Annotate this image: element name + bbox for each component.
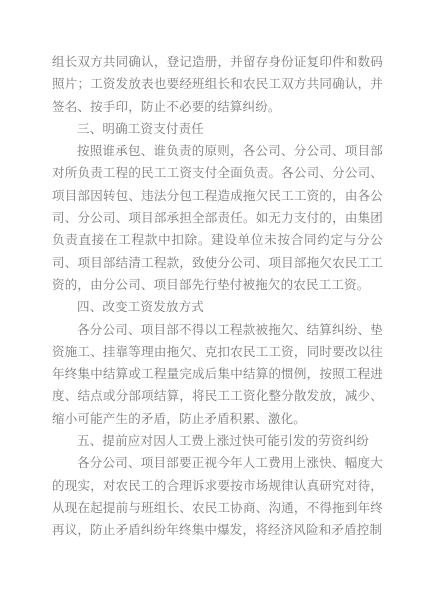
- section-heading-4-wage-distribution-method: 四、改变工资发放方式: [52, 296, 383, 318]
- document-page: 组长双方共同确认，登记造册，并留存身份证复印件和数码照片；工资发放表也要经班组长…: [0, 0, 424, 600]
- paragraph-continuation-wage-confirmation: 组长双方共同确认，登记造册，并留存身份证复印件和数码照片；工资发放表也要经班组长…: [52, 51, 383, 118]
- section-heading-5-labor-dispute-prevention: 五、提前应对因人工费上涨过快可能引发的劳资纠纷: [52, 430, 383, 452]
- paragraph-labor-dispute-prevention: 各分公司、项目部要正视今年人工费用上涨快、幅度大的现实，对农民工的合理诉求要按市…: [52, 452, 383, 541]
- document-text-column: 组长双方共同确认，登记造册，并留存身份证复印件和数码照片；工资发放表也要经班组长…: [52, 51, 383, 542]
- paragraph-wage-distribution-method: 各分公司、项目部不得以工程款被拖欠、结算纠纷、垫资施工、挂靠等理由拖欠、克扣农民…: [52, 319, 383, 430]
- paragraph-wage-payment-responsibility: 按照谁承包、谁负责的原则，各公司、分公司、项目部对所负责工程的民工工资支付全面负…: [52, 140, 383, 296]
- section-heading-3-wage-payment-responsibility: 三、明确工资支付责任: [52, 118, 383, 140]
